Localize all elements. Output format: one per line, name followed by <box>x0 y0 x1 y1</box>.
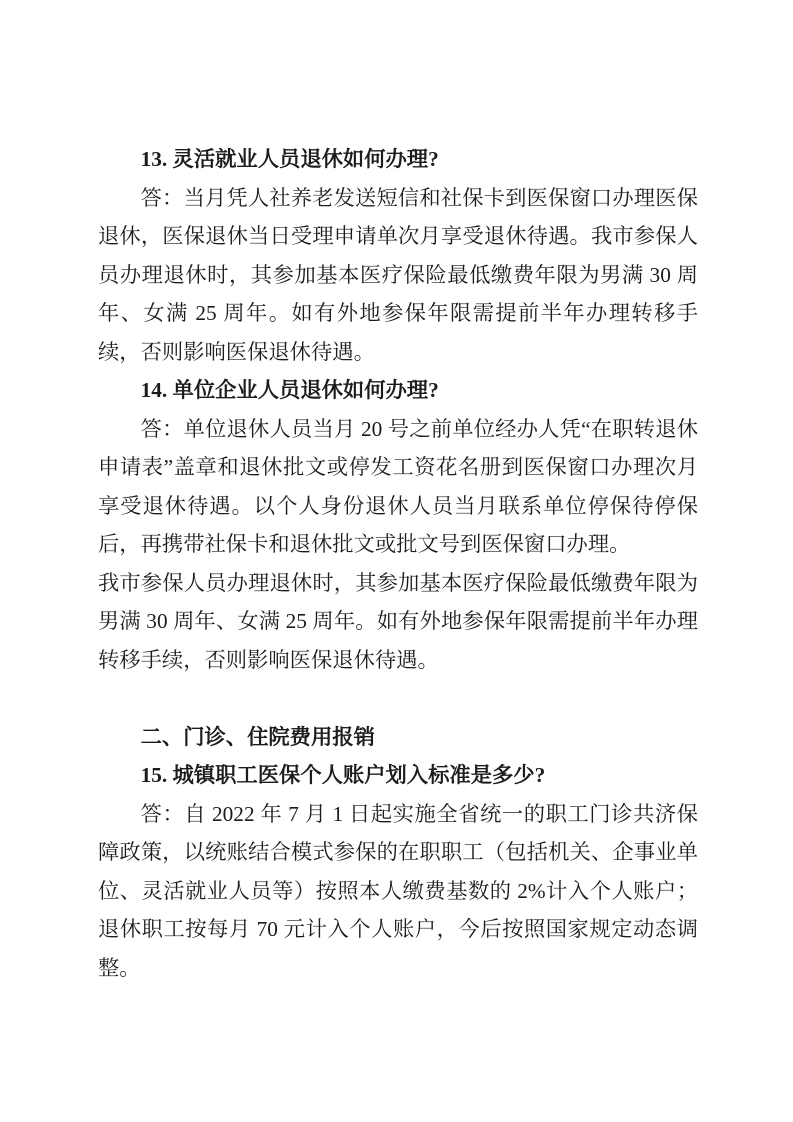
blank-line-spacer <box>98 679 698 718</box>
question-14-heading: 14. 单位企业人员退休如何办理? <box>98 371 698 410</box>
question-14-answer: 答：单位退休人员当月 20 号之前单位经办人凭“在职转退休申请表”盖章和退休批文… <box>98 410 698 564</box>
question-14-answer-continuation: 我市参保人员办理退休时，其参加基本医疗保险最低缴费年限为男满 30 周年、女满 … <box>98 564 698 680</box>
document-body: 13. 灵活就业人员退休如何办理? 答：当月凭人社养老发送短信和社保卡到医保窗口… <box>98 140 698 987</box>
document-page: 13. 灵活就业人员退休如何办理? 答：当月凭人社养老发送短信和社保卡到医保窗口… <box>0 0 793 1122</box>
section-2-heading: 二、门诊、住院费用报销 <box>98 718 698 757</box>
question-13-heading: 13. 灵活就业人员退休如何办理? <box>98 140 698 179</box>
question-15-heading: 15. 城镇职工医保个人账户划入标准是多少? <box>98 756 698 795</box>
question-15-answer: 答：自 2022 年 7 月 1 日起实施全省统一的职工门诊共济保障政策，以统账… <box>98 795 698 988</box>
question-13-answer: 答：当月凭人社养老发送短信和社保卡到医保窗口办理医保退休，医保退休当日受理申请单… <box>98 179 698 372</box>
